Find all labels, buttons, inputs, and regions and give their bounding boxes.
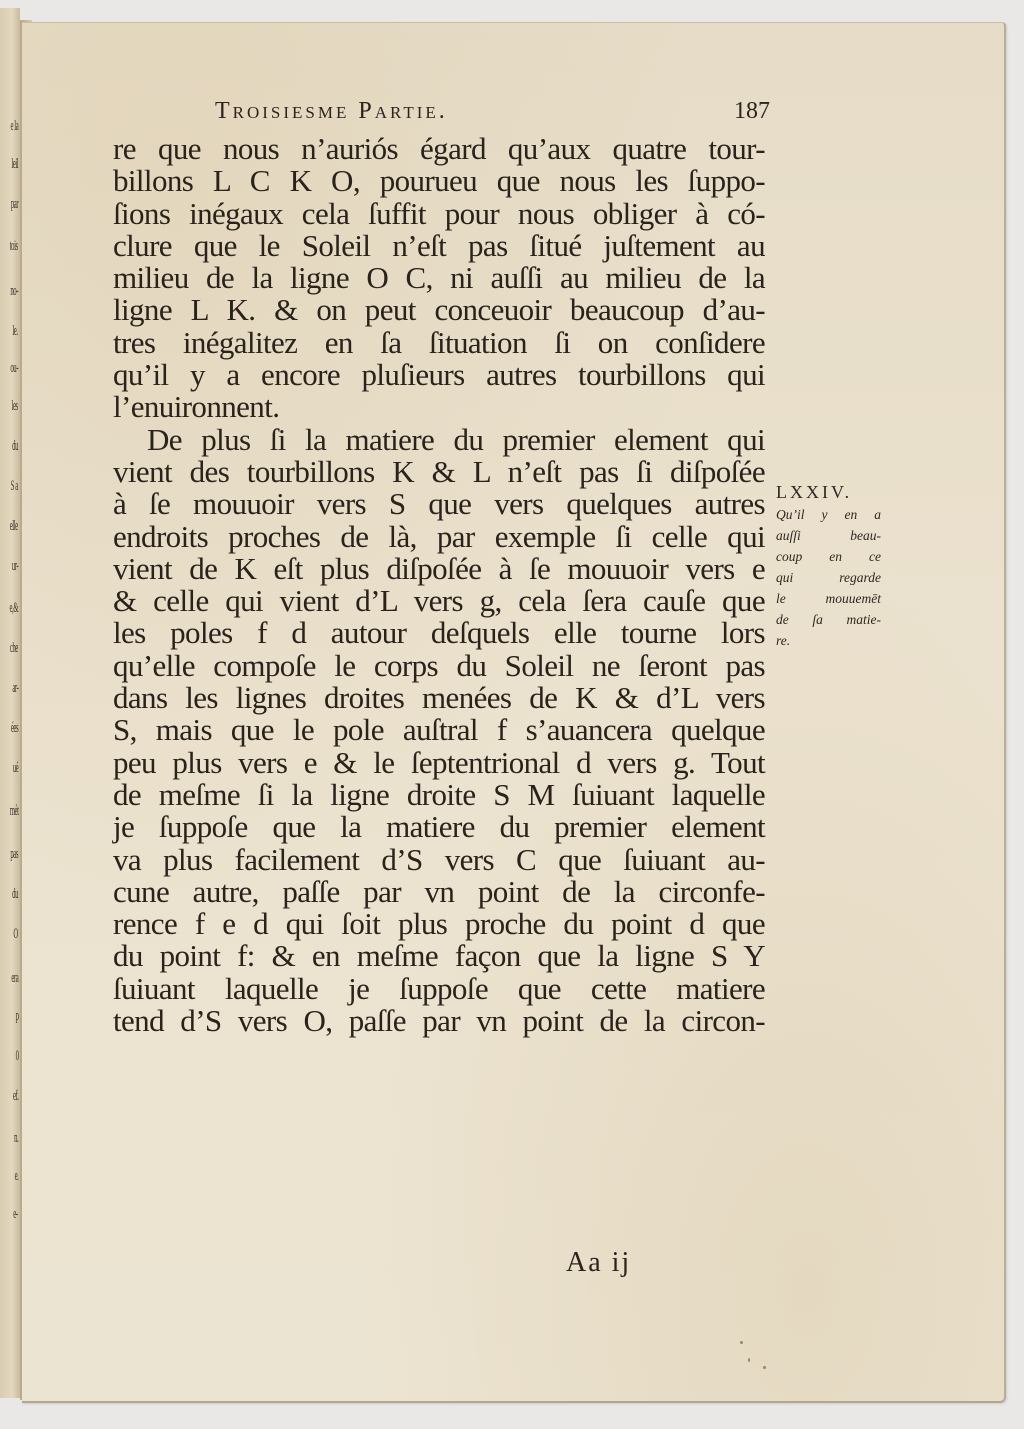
facing-fragment: leil [11,156,18,173]
text-line: re que nous n’auriós égard qu’aux quatre… [113,133,765,165]
running-head: Troisiesme Partie. [215,98,448,125]
facing-fragment: O [14,926,18,943]
facing-fragment: ou- [10,360,18,377]
text-line: ligne L K. & on peut conceuoir beaucoup … [113,294,765,326]
text-line: qu’il y a encore pluſieurs autres tourbi… [113,359,765,391]
text-line: tend d’S vers O, paſſe par vn point de l… [113,1005,765,1037]
facing-fragment: e. [14,1168,18,1185]
facing-fragment: e,& [9,600,18,617]
page-header: Troisiesme Partie. 187 [215,98,770,132]
facing-fragment: tois [10,238,18,255]
facing-fragment: che [10,640,18,657]
text-line: endroits proches de là, par exemple ſi c… [113,521,765,553]
facing-fragment: elle [10,518,18,535]
facing-fragment: pas [10,846,18,863]
text-line: va plus facilement d’S vers C que ſuiuan… [113,844,765,876]
marginal-note-line: coup en ce [776,546,881,567]
text-line: milieu de la ligne O C, ni auſſi au mili… [113,262,765,294]
facing-fragment: era [11,970,18,987]
text-line: & celle qui vient d’L vers g, cela ſera … [113,585,765,617]
facing-fragment: ué [13,760,18,777]
text-line: les poles f d autour deſquels elle tourn… [113,617,765,649]
marginal-note-line: auſſi beau- [776,525,881,546]
facing-fragment: S a [11,478,18,495]
main-text-block: re que nous n’auriós égard qu’aux quatre… [113,133,765,1037]
foxing-spot [748,1358,750,1362]
marginal-note-line: qui regarde [776,567,881,588]
text-line: de meſme ſi la ligne droite S M ſuiuant … [113,779,765,811]
marginal-note-line: le mouuemēt [776,588,881,609]
text-line: S, mais que le pole auſtral f s’auancera… [113,714,765,746]
marginal-note: LXXIV. Qu’il y en a auſſi beau- coup en … [776,482,881,651]
text-line: dans les lignes droites menées de K & d’… [113,682,765,714]
marginal-note-line: de ſa matie- [776,609,881,630]
text-line: rence f e d qui ſoit plus proche du poin… [113,908,765,940]
facing-fragment: du [12,438,18,455]
text-line: ſions inégaux cela ſuffit pour nous obli… [113,198,765,230]
facing-fragment: le. [13,323,18,340]
facing-fragment: ur- [12,558,18,575]
facing-fragment: par [11,196,18,213]
text-line: vient des tourbillons K & L n’eſt pas ſi… [113,456,765,488]
facing-fragment: n. [14,1130,18,1147]
facing-fragment: les [12,398,18,415]
text-line: ſuiuant laquelle je ſuppoſe que cette ma… [113,973,765,1005]
text-line: du point f: & en meſme façon que la lign… [113,940,765,972]
facing-fragment: ées [11,720,18,737]
text-line: billons L C K O, pourueu que nous les ſu… [113,165,765,197]
facing-fragment: mét [9,803,18,820]
signature-mark: Aa ij [566,1247,631,1279]
marginal-note-line: re. [776,630,881,651]
facing-fragment: ar- [12,680,18,697]
text-line: clure que le Soleil n’eſt pas ſitué juſt… [113,230,765,262]
text-line: qu’elle compoſe le corps du Soleil ne ſe… [113,650,765,682]
text-line-paragraph-start: De plus ſi la matiere du premier element… [113,424,765,456]
facing-fragment: e- [14,1206,18,1223]
page-number: 187 [734,98,770,125]
facing-fragment: ef. [12,1088,18,1105]
marginal-note-line: Qu’il y en a [776,504,881,525]
facing-fragment: p [15,1008,18,1025]
facing-fragment: e la [10,118,18,135]
text-line: cune autre, paſſe par vn point de la cir… [113,876,765,908]
text-line: vient de K eſt plus diſpoſée à ſe mouuoi… [113,553,765,585]
text-line: peu plus vers e & le ſeptentrional d ver… [113,747,765,779]
foxing-spot [740,1341,743,1344]
facing-fragment: no- [10,283,18,300]
facing-fragment: du [12,886,18,903]
foxing-spot [763,1366,766,1369]
text-line: tres inégalitez en ſa ſituation ſi on co… [113,327,765,359]
article-number: LXXIV. [776,482,881,503]
facing-fragment: 0 [15,1048,18,1065]
text-line: l’enuironnent. [113,391,765,423]
facing-page-edge: e la leil par tois no- le. ou- les du S … [0,8,20,1398]
text-line: je ſuppoſe que la matiere du premier ele… [113,811,765,843]
text-line: à ſe mouuoir vers S que vers quelques au… [113,488,765,520]
